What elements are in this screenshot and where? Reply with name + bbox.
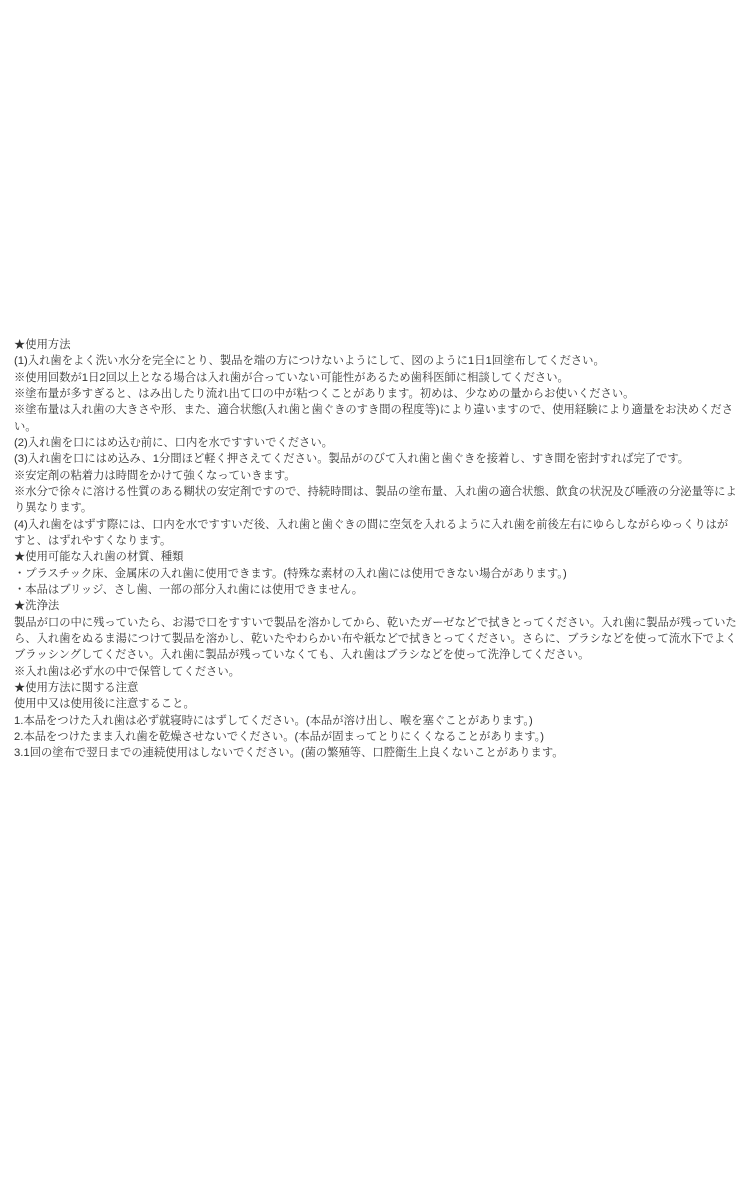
precaution-1: 1.本品をつけた入れ歯は必ず就寝時にはずしてください。(本品が溶け出し、喉を塞ぐ…	[14, 713, 738, 729]
precaution-intro: 使用中又は使用後に注意すること。	[14, 696, 738, 712]
precaution-2: 2.本品をつけたまま入れ歯を乾燥させないでください。(本品が固まってとりにくくな…	[14, 729, 738, 745]
section-precautions: ★使用方法に関する注意 使用中又は使用後に注意すること。 1.本品をつけた入れ歯…	[14, 680, 738, 762]
usage-instructions-block: ★使用方法 (1)入れ歯をよく洗い水分を完全にとり、製品を端の方につけないように…	[14, 337, 738, 762]
usage-heading: ★使用方法	[14, 337, 738, 353]
usage-step-3: (3)入れ歯を口にはめ込み、1分間ほど軽く押さえてください。製品がのびて入れ歯と…	[14, 451, 738, 467]
section-usage: ★使用方法 (1)入れ歯をよく洗い水分を完全にとり、製品を端の方につけないように…	[14, 337, 738, 549]
usage-note-frequency: ※使用回数が1日2回以上となる場合は入れ歯が合っていない可能性があるため歯科医師…	[14, 370, 738, 386]
usage-step-1: (1)入れ歯をよく洗い水分を完全にとり、製品を端の方につけないようにして、図のよ…	[14, 353, 738, 369]
product-info-page: ★使用方法 (1)入れ歯をよく洗い水分を完全にとり、製品を端の方につけないように…	[0, 0, 750, 1194]
usage-note-dosage: ※塗布量は入れ歯の大きさや形、また、適合状態(入れ歯と歯ぐきのすき間の程度等)に…	[14, 402, 738, 435]
precautions-heading: ★使用方法に関する注意	[14, 680, 738, 696]
usage-note-amount: ※塗布量が多すぎると、はみ出したり流れ出て口の中が粘つくことがあります。初めは、…	[14, 386, 738, 402]
materials-usable: ・プラスチック床、金属床の入れ歯に使用できます。(特殊な素材の入れ歯には使用でき…	[14, 566, 738, 582]
usage-note-duration: ※水分で徐々に溶ける性質のある糊状の安定剤ですので、持続時間は、製品の塗布量、入…	[14, 484, 738, 517]
section-cleaning: ★洗浄法 製品が口の中に残っていたら、お湯で口をすすいで製品を溶かしてから、乾い…	[14, 598, 738, 680]
usage-step-4: (4)入れ歯をはずす際には、口内を水ですすいだ後、入れ歯と歯ぐきの間に空気を入れ…	[14, 517, 738, 550]
precaution-3: 3.1回の塗布で翌日までの連続使用はしないでください。(菌の繁殖等、口腔衛生上良…	[14, 745, 738, 761]
usage-step-2: (2)入れ歯を口にはめ込む前に、口内を水ですすいでください。	[14, 435, 738, 451]
materials-not-usable: ・本品はブリッジ、さし歯、一部の部分入れ歯には使用できません。	[14, 582, 738, 598]
materials-heading: ★使用可能な入れ歯の材質、種類	[14, 549, 738, 565]
cleaning-instructions: 製品が口の中に残っていたら、お湯で口をすすいで製品を溶かしてから、乾いたガーゼな…	[14, 615, 738, 664]
cleaning-heading: ★洗浄法	[14, 598, 738, 614]
section-materials: ★使用可能な入れ歯の材質、種類 ・プラスチック床、金属床の入れ歯に使用できます。…	[14, 549, 738, 598]
usage-note-adhesion: ※安定剤の粘着力は時間をかけて強くなっていきます。	[14, 468, 738, 484]
cleaning-note-storage: ※入れ歯は必ず水の中で保管してください。	[14, 664, 738, 680]
